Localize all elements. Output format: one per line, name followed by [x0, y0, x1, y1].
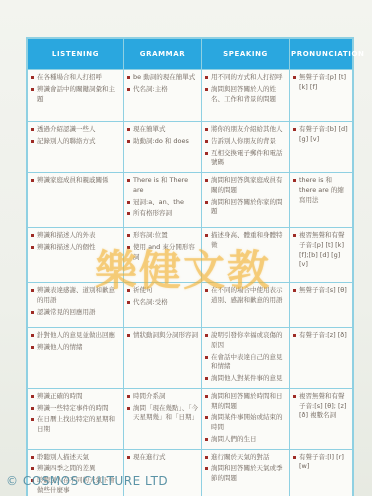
bullet-list: 複習無聲和有聲子音:[s] [θ]; [z] [ð] 複數名詞: [292, 392, 350, 421]
bullet-item: 代名詞:受格: [126, 298, 199, 308]
bullet-item: 有聲子音:[l] [r] [w]: [292, 453, 350, 473]
bullet-item: 辨識和描述人的外表: [30, 231, 121, 241]
cell-speaking: 詢問和回答關於時間和日期的問題詢問某件事開始或結束的時間詢問人們的生日: [202, 388, 290, 449]
cell-speaking: 詢問和回答與家庭成員有關的問題詢問和回答關於你家的問題: [202, 173, 290, 228]
bullet-list: 透過介紹認識一些人記錄別人的聯絡方式: [30, 125, 121, 147]
bullet-item: 詢問和回答與家庭成員有關的問題: [204, 176, 287, 196]
table-row: 在各種場合和人打招呼辨識會話中的關鍵詞彙和主題be 動詞的現在簡單式代名詞:主格…: [28, 70, 353, 122]
cell-grammar: There is 和 There are冠詞:a、an、the所有格形容詞: [124, 173, 202, 228]
cell-listening: 辨識家庭成員和親戚關係: [28, 173, 124, 228]
bullet-item: 助動詞:do 和 does: [126, 137, 199, 147]
bullet-item: 辨識他人的情緒: [30, 343, 121, 353]
bullet-item: 記錄別人的聯絡方式: [30, 137, 121, 147]
bullet-item: 有聲子音:[z] [ð]: [292, 331, 350, 341]
bullet-list: there is 和 there are 的縮寫用法: [292, 176, 350, 205]
bullet-list: 複習無聲和有聲子音:[p] [t] [k] [f];[b] [d] [g] [v…: [292, 231, 350, 270]
cell-listening: 透過介紹認識一些人記錄別人的聯絡方式: [28, 122, 124, 173]
cell-pronunciation: 有聲子音:[b] [d] [g] [v]: [290, 122, 353, 173]
bullet-item: 詢問「現在幾點」、「今天星期幾」和「日期」: [126, 404, 199, 424]
bullet-item: 無聲子音:[p] [t] [k] [f]: [292, 73, 350, 93]
table-body: 在各種場合和人打招呼辨識會話中的關鍵詞彙和主題be 動詞的現在簡單式代名詞:主格…: [28, 70, 353, 496]
cell-listening: 針對他人的意見並做出回應辨識他人的情緒: [28, 328, 124, 389]
bullet-item: 辨識四季之間的差異: [30, 464, 121, 474]
copyright-footer: © COSMOS CULTURE LTD: [6, 474, 168, 488]
bullet-item: 複習無聲和有聲子音:[s] [θ]; [z] [ð] 複數名詞: [292, 392, 350, 421]
bullet-item: 在會話中表達自己的意見和情緒: [204, 353, 287, 373]
bullet-list: be 動詞的現在簡單式代名詞:主格: [126, 73, 199, 95]
bullet-item: 祈使句: [126, 286, 199, 296]
bullet-item: 在各種場合和人打招呼: [30, 73, 121, 83]
syllabus-table: LISTENING GRAMMAR SPEAKING PRONUNCIATION…: [27, 38, 353, 496]
bullet-item: 時間介系詞: [126, 392, 199, 402]
bullet-item: 辨識會話中的關鍵詞彙和主題: [30, 85, 121, 105]
cell-grammar: 現在簡單式助動詞:do 和 does: [124, 122, 202, 173]
bullet-item: 認識常見的回應用語: [30, 308, 121, 318]
bullet-item: 形容詞:位置: [126, 231, 199, 241]
cell-pronunciation: 複習無聲和有聲子音:[p] [t] [k] [f];[b] [d] [g] [v…: [290, 228, 353, 283]
table-row: 辨識家庭成員和親戚關係There is 和 There are冠詞:a、an、t…: [28, 173, 353, 228]
cell-pronunciation: 無聲子音:[p] [t] [k] [f]: [290, 70, 353, 122]
bullet-item: there is 和 there are 的縮寫用法: [292, 176, 350, 205]
bullet-item: 告訴別人你朋友的背景: [204, 137, 287, 147]
cell-pronunciation: 複習無聲和有聲子音:[s] [θ]; [z] [ð] 複數名詞: [290, 388, 353, 449]
bullet-item: 情狀動詞與分詞形容詞: [126, 331, 199, 341]
bullet-list: 將你的朋友介紹給其他人告訴別人你朋友的背景互相交換電子郵件和電話號碼: [204, 125, 287, 168]
bullet-list: 說明引發你幸福或哀傷的原因在會話中表達自己的意見和情緒詢問他人對某件事的意見: [204, 331, 287, 384]
bullet-list: 辨識正確的時間辨識一些特定事件的時間在日曆上找出特定的星期和日期: [30, 392, 121, 435]
table-row: 透過介紹認識一些人記錄別人的聯絡方式現在簡單式助動詞:do 和 does將你的朋…: [28, 122, 353, 173]
cell-speaking: 說明引發你幸福或哀傷的原因在會話中表達自己的意見和情緒詢問他人對某件事的意見: [202, 328, 290, 389]
cell-listening: 辨識正確的時間辨識一些特定事件的時間在日曆上找出特定的星期和日期: [28, 388, 124, 449]
bullet-item: 詢問和回答關於天氣或季節的問題: [204, 464, 287, 484]
cell-listening: 辨識和描述人的外表辨識和描述人的個性: [28, 228, 124, 283]
bullet-list: 在各種場合和人打招呼辨識會話中的關鍵詞彙和主題: [30, 73, 121, 104]
cell-pronunciation: there is 和 there are 的縮寫用法: [290, 173, 353, 228]
bullet-list: 形容詞:位置使用 and 來分開形容詞: [126, 231, 199, 262]
bullet-item: 進行關於天氣的對話: [204, 453, 287, 463]
scanned-page: LISTENING GRAMMAR SPEAKING PRONUNCIATION…: [0, 0, 372, 496]
bullet-item: 辨識一些特定事件的時間: [30, 404, 121, 414]
bullet-list: 辨識表達感謝、道別和歉意的用語認識常見的回應用語: [30, 286, 121, 317]
bullet-item: 透過介紹認識一些人: [30, 125, 121, 135]
bullet-item: 無聲子音:[s] [θ]: [292, 286, 350, 296]
bullet-list: 有聲子音:[z] [ð]: [292, 331, 350, 341]
table-row: 辨識和描述人的外表辨識和描述人的個性形容詞:位置使用 and 來分開形容詞描述身…: [28, 228, 353, 283]
bullet-item: 說明引發你幸福或哀傷的原因: [204, 331, 287, 351]
bullet-item: 複習無聲和有聲子音:[p] [t] [k] [f];[b] [d] [g] [v…: [292, 231, 350, 270]
cell-grammar: 情狀動詞與分詞形容詞: [124, 328, 202, 389]
table-row: 辨識正確的時間辨識一些特定事件的時間在日曆上找出特定的星期和日期時間介系詞詢問「…: [28, 388, 353, 449]
bullet-item: 用不同的方式和人打招呼: [204, 73, 287, 83]
cell-listening: 辨識表達感謝、道別和歉意的用語認識常見的回應用語: [28, 283, 124, 328]
table-row: 辨識表達感謝、道別和歉意的用語認識常見的回應用語祈使句代名詞:受格在不同的場合中…: [28, 283, 353, 328]
bullet-list: 現在進行式: [126, 453, 199, 463]
cell-listening: 聆聽別人描述天氣辨識四季之間的差異聆聽別人在不同的天氣下會做些什麼事: [28, 449, 124, 496]
bullet-list: 情狀動詞與分詞形容詞: [126, 331, 199, 341]
bullet-list: 時間介系詞詢問「現在幾點」、「今天星期幾」和「日期」: [126, 392, 199, 423]
bullet-item: 辨識和描述人的個性: [30, 243, 121, 253]
bullet-list: 在不同的場合中使用表示道別、感謝和歉意的用語: [204, 286, 287, 306]
cell-grammar: 形容詞:位置使用 and 來分開形容詞: [124, 228, 202, 283]
table-header-row: LISTENING GRAMMAR SPEAKING PRONUNCIATION: [28, 39, 353, 70]
bullet-item: 詢問人們的生日: [204, 435, 287, 445]
bullet-list: 詢問和回答關於時間和日期的問題詢問某件事開始或結束的時間詢問人們的生日: [204, 392, 287, 445]
cell-pronunciation: 無聲子音:[s] [θ]: [290, 283, 353, 328]
bullet-list: 針對他人的意見並做出回應辨識他人的情緒: [30, 331, 121, 353]
bullet-item: 辨識表達感謝、道別和歉意的用語: [30, 286, 121, 306]
bullet-item: 代名詞:主格: [126, 85, 199, 95]
bullet-item: 詢問某件事開始或結束的時間: [204, 413, 287, 433]
bullet-list: 用不同的方式和人打招呼詢問與回答關於人的姓名、工作和背景的問題: [204, 73, 287, 104]
bullet-item: 聆聽別人描述天氣: [30, 453, 121, 463]
bullet-item: 在不同的場合中使用表示道別、感謝和歉意的用語: [204, 286, 287, 306]
bullet-item: 現在進行式: [126, 453, 199, 463]
cell-grammar: 時間介系詞詢問「現在幾點」、「今天星期幾」和「日期」: [124, 388, 202, 449]
cell-grammar: 祈使句代名詞:受格: [124, 283, 202, 328]
bullet-list: 無聲子音:[s] [θ]: [292, 286, 350, 296]
bullet-list: 辨識家庭成員和親戚關係: [30, 176, 121, 186]
table-row: 聆聽別人描述天氣辨識四季之間的差異聆聽別人在不同的天氣下會做些什麼事現在進行式進…: [28, 449, 353, 496]
cell-pronunciation: 有聲子音:[z] [ð]: [290, 328, 353, 389]
bullet-item: 描述身高、體重和身體特徵: [204, 231, 287, 251]
bullet-item: 辨識正確的時間: [30, 392, 121, 402]
cell-speaking: 在不同的場合中使用表示道別、感謝和歉意的用語: [202, 283, 290, 328]
bullet-item: 使用 and 來分開形容詞: [126, 243, 199, 263]
cell-grammar: 現在進行式: [124, 449, 202, 496]
cell-grammar: be 動詞的現在簡單式代名詞:主格: [124, 70, 202, 122]
bullet-list: 詢問和回答與家庭成員有關的問題詢問和回答關於你家的問題: [204, 176, 287, 217]
cell-speaking: 用不同的方式和人打招呼詢問與回答關於人的姓名、工作和背景的問題: [202, 70, 290, 122]
bullet-item: 詢問與回答關於人的姓名、工作和背景的問題: [204, 85, 287, 105]
bullet-list: 現在簡單式助動詞:do 和 does: [126, 125, 199, 147]
bullet-item: 針對他人的意見並做出回應: [30, 331, 121, 341]
bullet-item: be 動詞的現在簡單式: [126, 73, 199, 83]
bullet-item: 所有格形容詞: [126, 209, 199, 219]
bullet-item: There is 和 There are: [126, 176, 199, 196]
bullet-list: 有聲子音:[l] [r] [w]: [292, 453, 350, 473]
cell-speaking: 進行關於天氣的對話詢問和回答關於天氣或季節的問題: [202, 449, 290, 496]
column-header-listening: LISTENING: [28, 39, 124, 70]
bullet-list: There is 和 There are冠詞:a、an、the所有格形容詞: [126, 176, 199, 219]
bullet-item: 有聲子音:[b] [d] [g] [v]: [292, 125, 350, 145]
bullet-list: 有聲子音:[b] [d] [g] [v]: [292, 125, 350, 145]
bullet-item: 詢問他人對某件事的意見: [204, 374, 287, 384]
table-row: 針對他人的意見並做出回應辨識他人的情緒情狀動詞與分詞形容詞說明引發你幸福或哀傷的…: [28, 328, 353, 389]
column-header-grammar: GRAMMAR: [124, 39, 202, 70]
bullet-item: 互相交換電子郵件和電話號碼: [204, 149, 287, 169]
bullet-item: 辨識家庭成員和親戚關係: [30, 176, 121, 186]
bullet-item: 現在簡單式: [126, 125, 199, 135]
bullet-item: 冠詞:a、an、the: [126, 198, 199, 208]
bullet-list: 進行關於天氣的對話詢問和回答關於天氣或季節的問題: [204, 453, 287, 484]
bullet-list: 辨識和描述人的外表辨識和描述人的個性: [30, 231, 121, 253]
cell-pronunciation: 有聲子音:[l] [r] [w]: [290, 449, 353, 496]
cell-speaking: 描述身高、體重和身體特徵: [202, 228, 290, 283]
bullet-item: 詢問和回答關於時間和日期的問題: [204, 392, 287, 412]
bullet-item: 在日曆上找出特定的星期和日期: [30, 415, 121, 435]
bullet-list: 無聲子音:[p] [t] [k] [f]: [292, 73, 350, 93]
cell-listening: 在各種場合和人打招呼辨識會話中的關鍵詞彙和主題: [28, 70, 124, 122]
bullet-list: 祈使句代名詞:受格: [126, 286, 199, 308]
bullet-item: 詢問和回答關於你家的問題: [204, 198, 287, 218]
cell-speaking: 將你的朋友介紹給其他人告訴別人你朋友的背景互相交換電子郵件和電話號碼: [202, 122, 290, 173]
column-header-pronunciation: PRONUNCIATION: [290, 39, 353, 70]
column-header-speaking: SPEAKING: [202, 39, 290, 70]
bullet-list: 描述身高、體重和身體特徵: [204, 231, 287, 251]
bullet-item: 將你的朋友介紹給其他人: [204, 125, 287, 135]
